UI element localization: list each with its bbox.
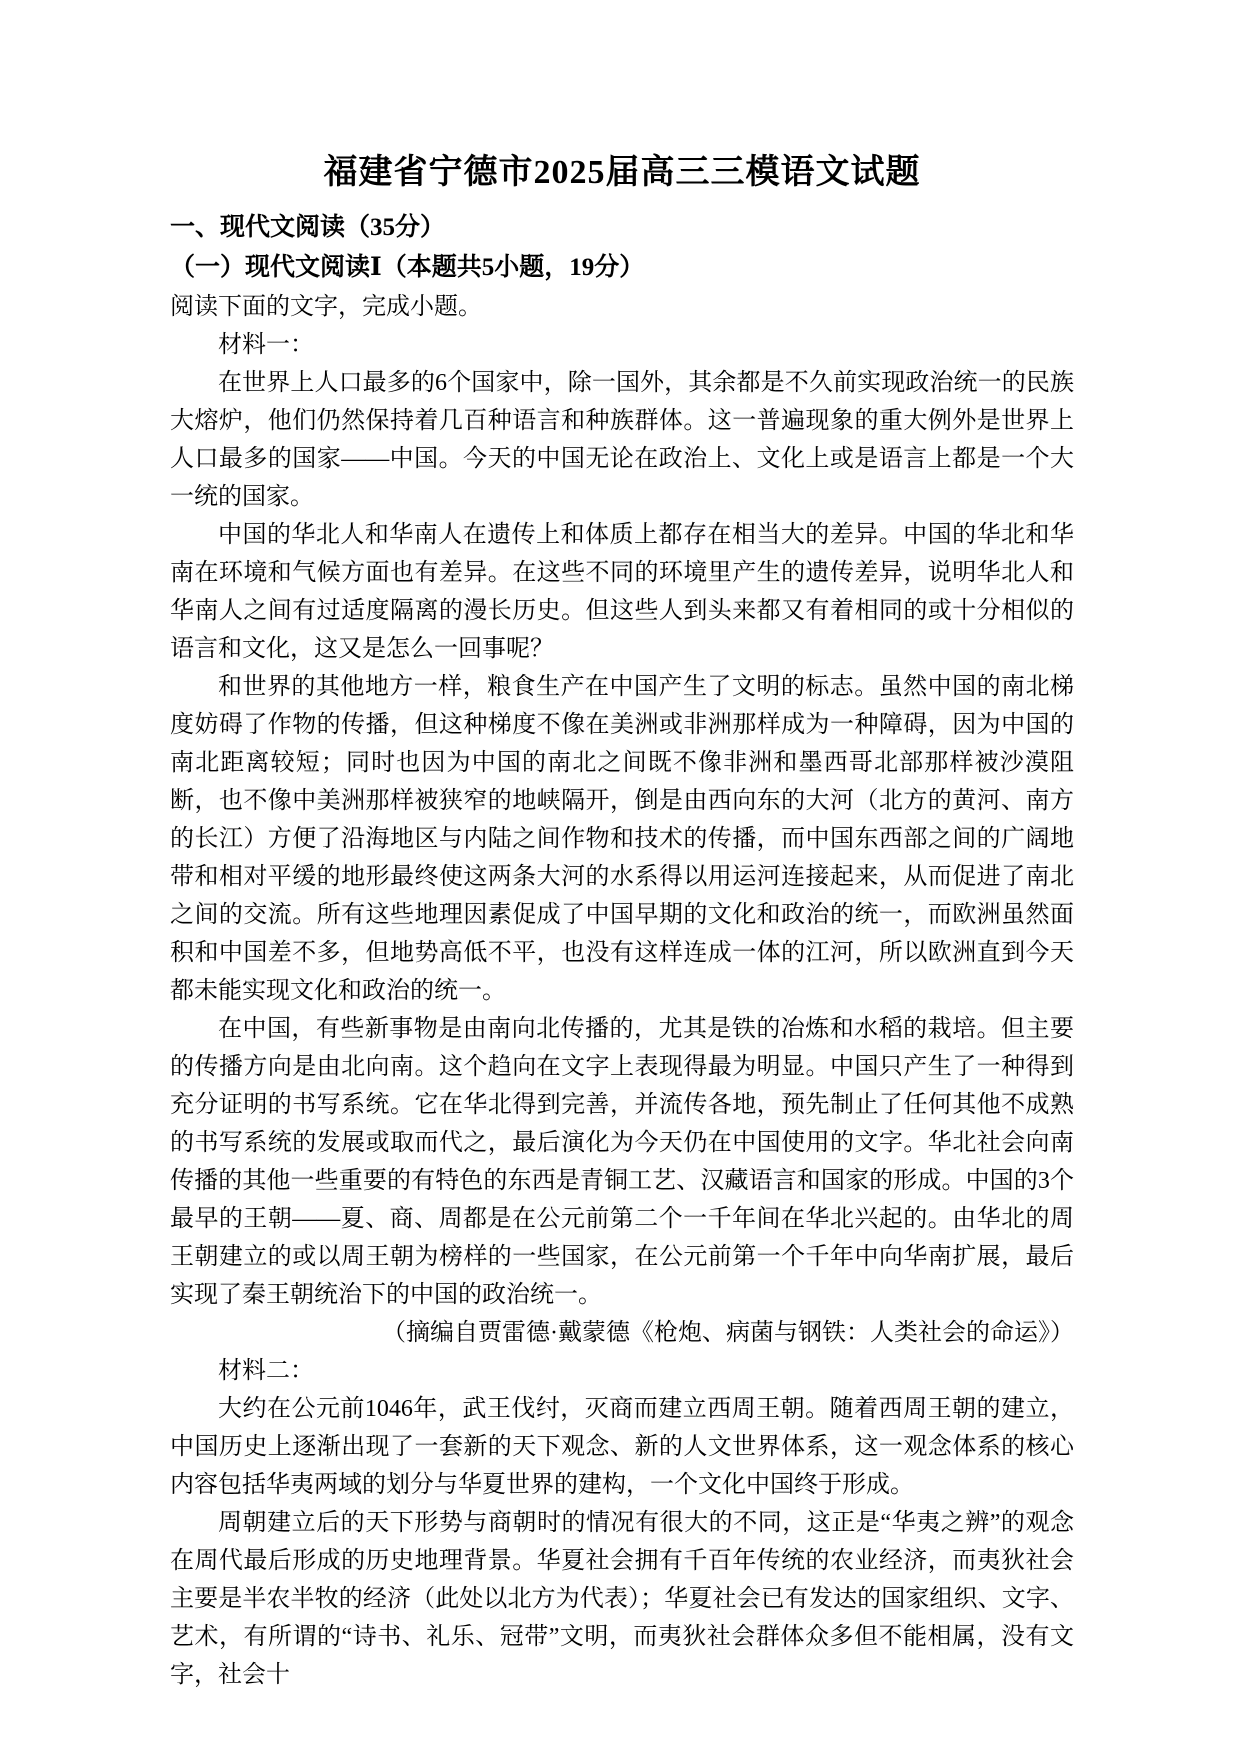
exam-document-page: 福建省宁德市2025届高三三模语文试题 一、现代文阅读（35分） （一）现代文阅… bbox=[0, 0, 1240, 1754]
material-one-label: 材料一： bbox=[170, 326, 1074, 364]
material-one-paragraph: 在世界上人口最多的6个国家中，除一国外，其余都是不久前实现政治统一的民族大熔炉，… bbox=[170, 364, 1074, 516]
subsection-heading-reading-one: （一）现代文阅读Ⅰ（本题共5小题，19分） bbox=[170, 248, 1074, 288]
material-two-paragraph: 大约在公元前1046年，武王伐纣，灭商而建立西周王朝。随着西周王朝的建立，中国历… bbox=[170, 1390, 1074, 1504]
material-one-paragraph: 中国的华北人和华南人在遗传上和体质上都存在相当大的差异。中国的华北和华南在环境和… bbox=[170, 516, 1074, 668]
material-two-paragraph: 周朝建立后的天下形势与商朝时的情况有很大的不同，这正是“华夷之辨”的观念在周代最… bbox=[170, 1504, 1074, 1694]
material-one-paragraph: 和世界的其他地方一样，粮食生产在中国产生了文明的标志。虽然中国的南北梯度妨碍了作… bbox=[170, 668, 1074, 1010]
section-heading-modern-text-reading: 一、现代文阅读（35分） bbox=[170, 208, 1074, 248]
passage-intro-line: 阅读下面的文字，完成小题。 bbox=[170, 288, 1074, 326]
document-content: 福建省宁德市2025届高三三模语文试题 一、现代文阅读（35分） （一）现代文阅… bbox=[0, 0, 1240, 1694]
material-two-label: 材料二： bbox=[170, 1352, 1074, 1390]
reading-passage: 阅读下面的文字，完成小题。 材料一： 在世界上人口最多的6个国家中，除一国外，其… bbox=[170, 288, 1074, 1694]
material-one-source-attribution: （摘编自贾雷德·戴蒙德《枪炮、病菌与钢铁：人类社会的命运》） bbox=[170, 1314, 1074, 1352]
page-title: 福建省宁德市2025届高三三模语文试题 bbox=[170, 150, 1074, 196]
material-one-paragraph: 在中国，有些新事物是由南向北传播的，尤其是铁的冶炼和水稻的栽培。但主要的传播方向… bbox=[170, 1010, 1074, 1314]
